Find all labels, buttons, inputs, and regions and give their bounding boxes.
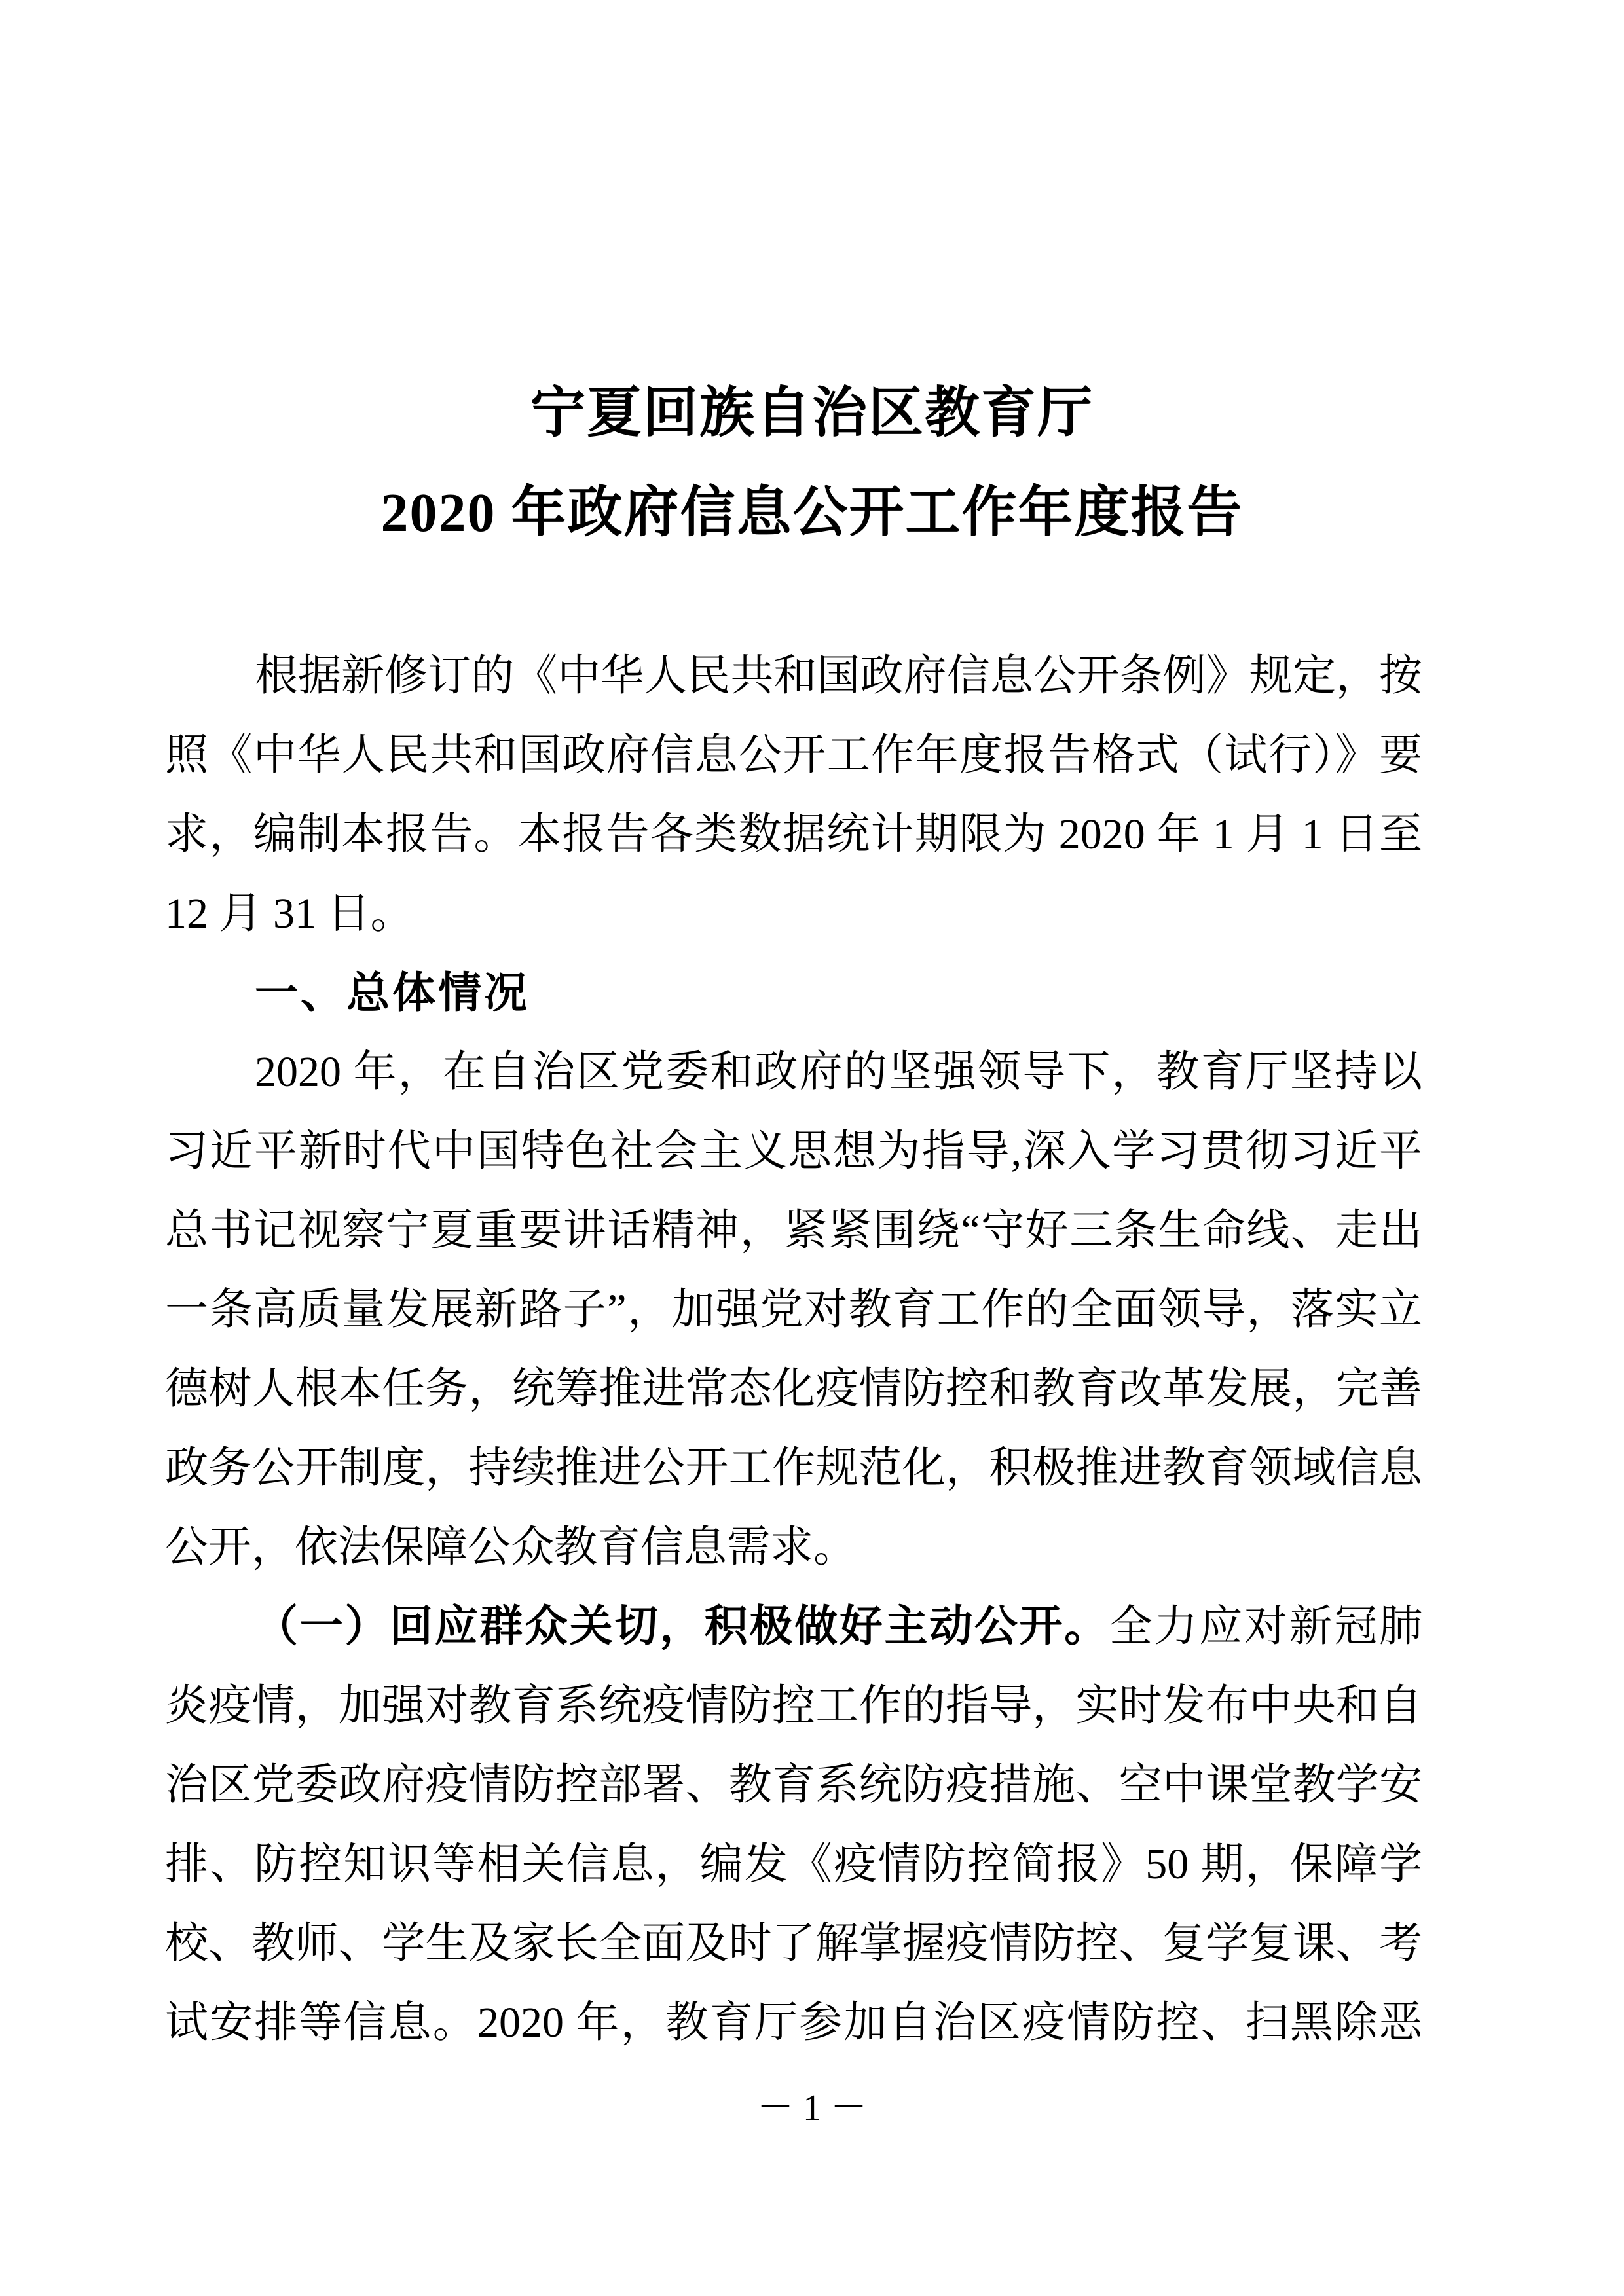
para1-line-6: 政务公开制度，持续推进公开工作规范化，积极推进教育领域信息 [165,1429,1422,1508]
page-number: － 1 － [0,2074,1624,2142]
para1-line-4: 一条高质量发展新路子”，加强党对教育工作的全面领导，落实立 [165,1270,1422,1349]
intro-line-2: 照《中华人民共和国政府信息公开工作年度报告格式（试行）》要 [165,716,1422,795]
para1-line-7: 公开，依法保障公众教育信息需求。 [165,1508,1422,1587]
document-title: 宁夏回族自治区教育厅 2020 年政府信息公开工作年度报告 [0,364,1624,563]
intro-line-4: 12 月 31 日。 [165,874,1422,953]
para2-line-1: （一）回应群众关切，积极做好主动公开。全力应对新冠肺 [165,1587,1422,1666]
para2-lead-rest: 全力应对新冠肺 [1109,1603,1422,1650]
intro-line-1: 根据新修订的《中华人民共和国政府信息公开条例》规定，按 [165,636,1422,716]
section-heading: 一、总体情况 [165,953,1422,1032]
para2-line-4: 排、防控知识等相关信息，编发《疫情防控简报》50 期，保障学 [165,1825,1422,1904]
document-page: 宁夏回族自治区教育厅 2020 年政府信息公开工作年度报告 根据新修订的《中华人… [0,0,1624,2296]
intro-line-3: 求，编制本报告。本报告各类数据统计期限为 2020 年 1 月 1 日至 [165,795,1422,874]
para2-line-5: 校、教师、学生及家长全面及时了解掌握疫情防控、复学复课、考 [165,1904,1422,1983]
doc-title-line-1: 宁夏回族自治区教育厅 [0,364,1624,464]
para2-lead-bold: （一）回应群众关切，积极做好主动公开。 [255,1603,1109,1650]
para2-line-3: 治区党委政府疫情防控部署、教育系统防疫措施、空中课堂教学安 [165,1745,1422,1825]
para1-line-3: 总书记视察宁夏重要讲话精神，紧紧围绕“守好三条生命线、走出 [165,1191,1422,1270]
para2-line-2: 炎疫情，加强对教育系统疫情防控工作的指导，实时发布中央和自 [165,1666,1422,1745]
para1-line-2: 习近平新时代中国特色社会主义思想为指导,深入学习贯彻习近平 [165,1112,1422,1191]
para2-line-6: 试安排等信息。2020 年，教育厅参加自治区疫情防控、扫黑除恶 [165,1983,1422,2062]
para1-line-5: 德树人根本任务，统筹推进常态化疫情防控和教育改革发展，完善 [165,1349,1422,1429]
para1-line-1: 2020 年，在自治区党委和政府的坚强领导下，教育厅坚持以 [165,1032,1422,1112]
document-body: 根据新修订的《中华人民共和国政府信息公开条例》规定，按 照《中华人民共和国政府信… [165,636,1422,2062]
doc-title-line-2: 2020 年政府信息公开工作年度报告 [0,464,1624,563]
